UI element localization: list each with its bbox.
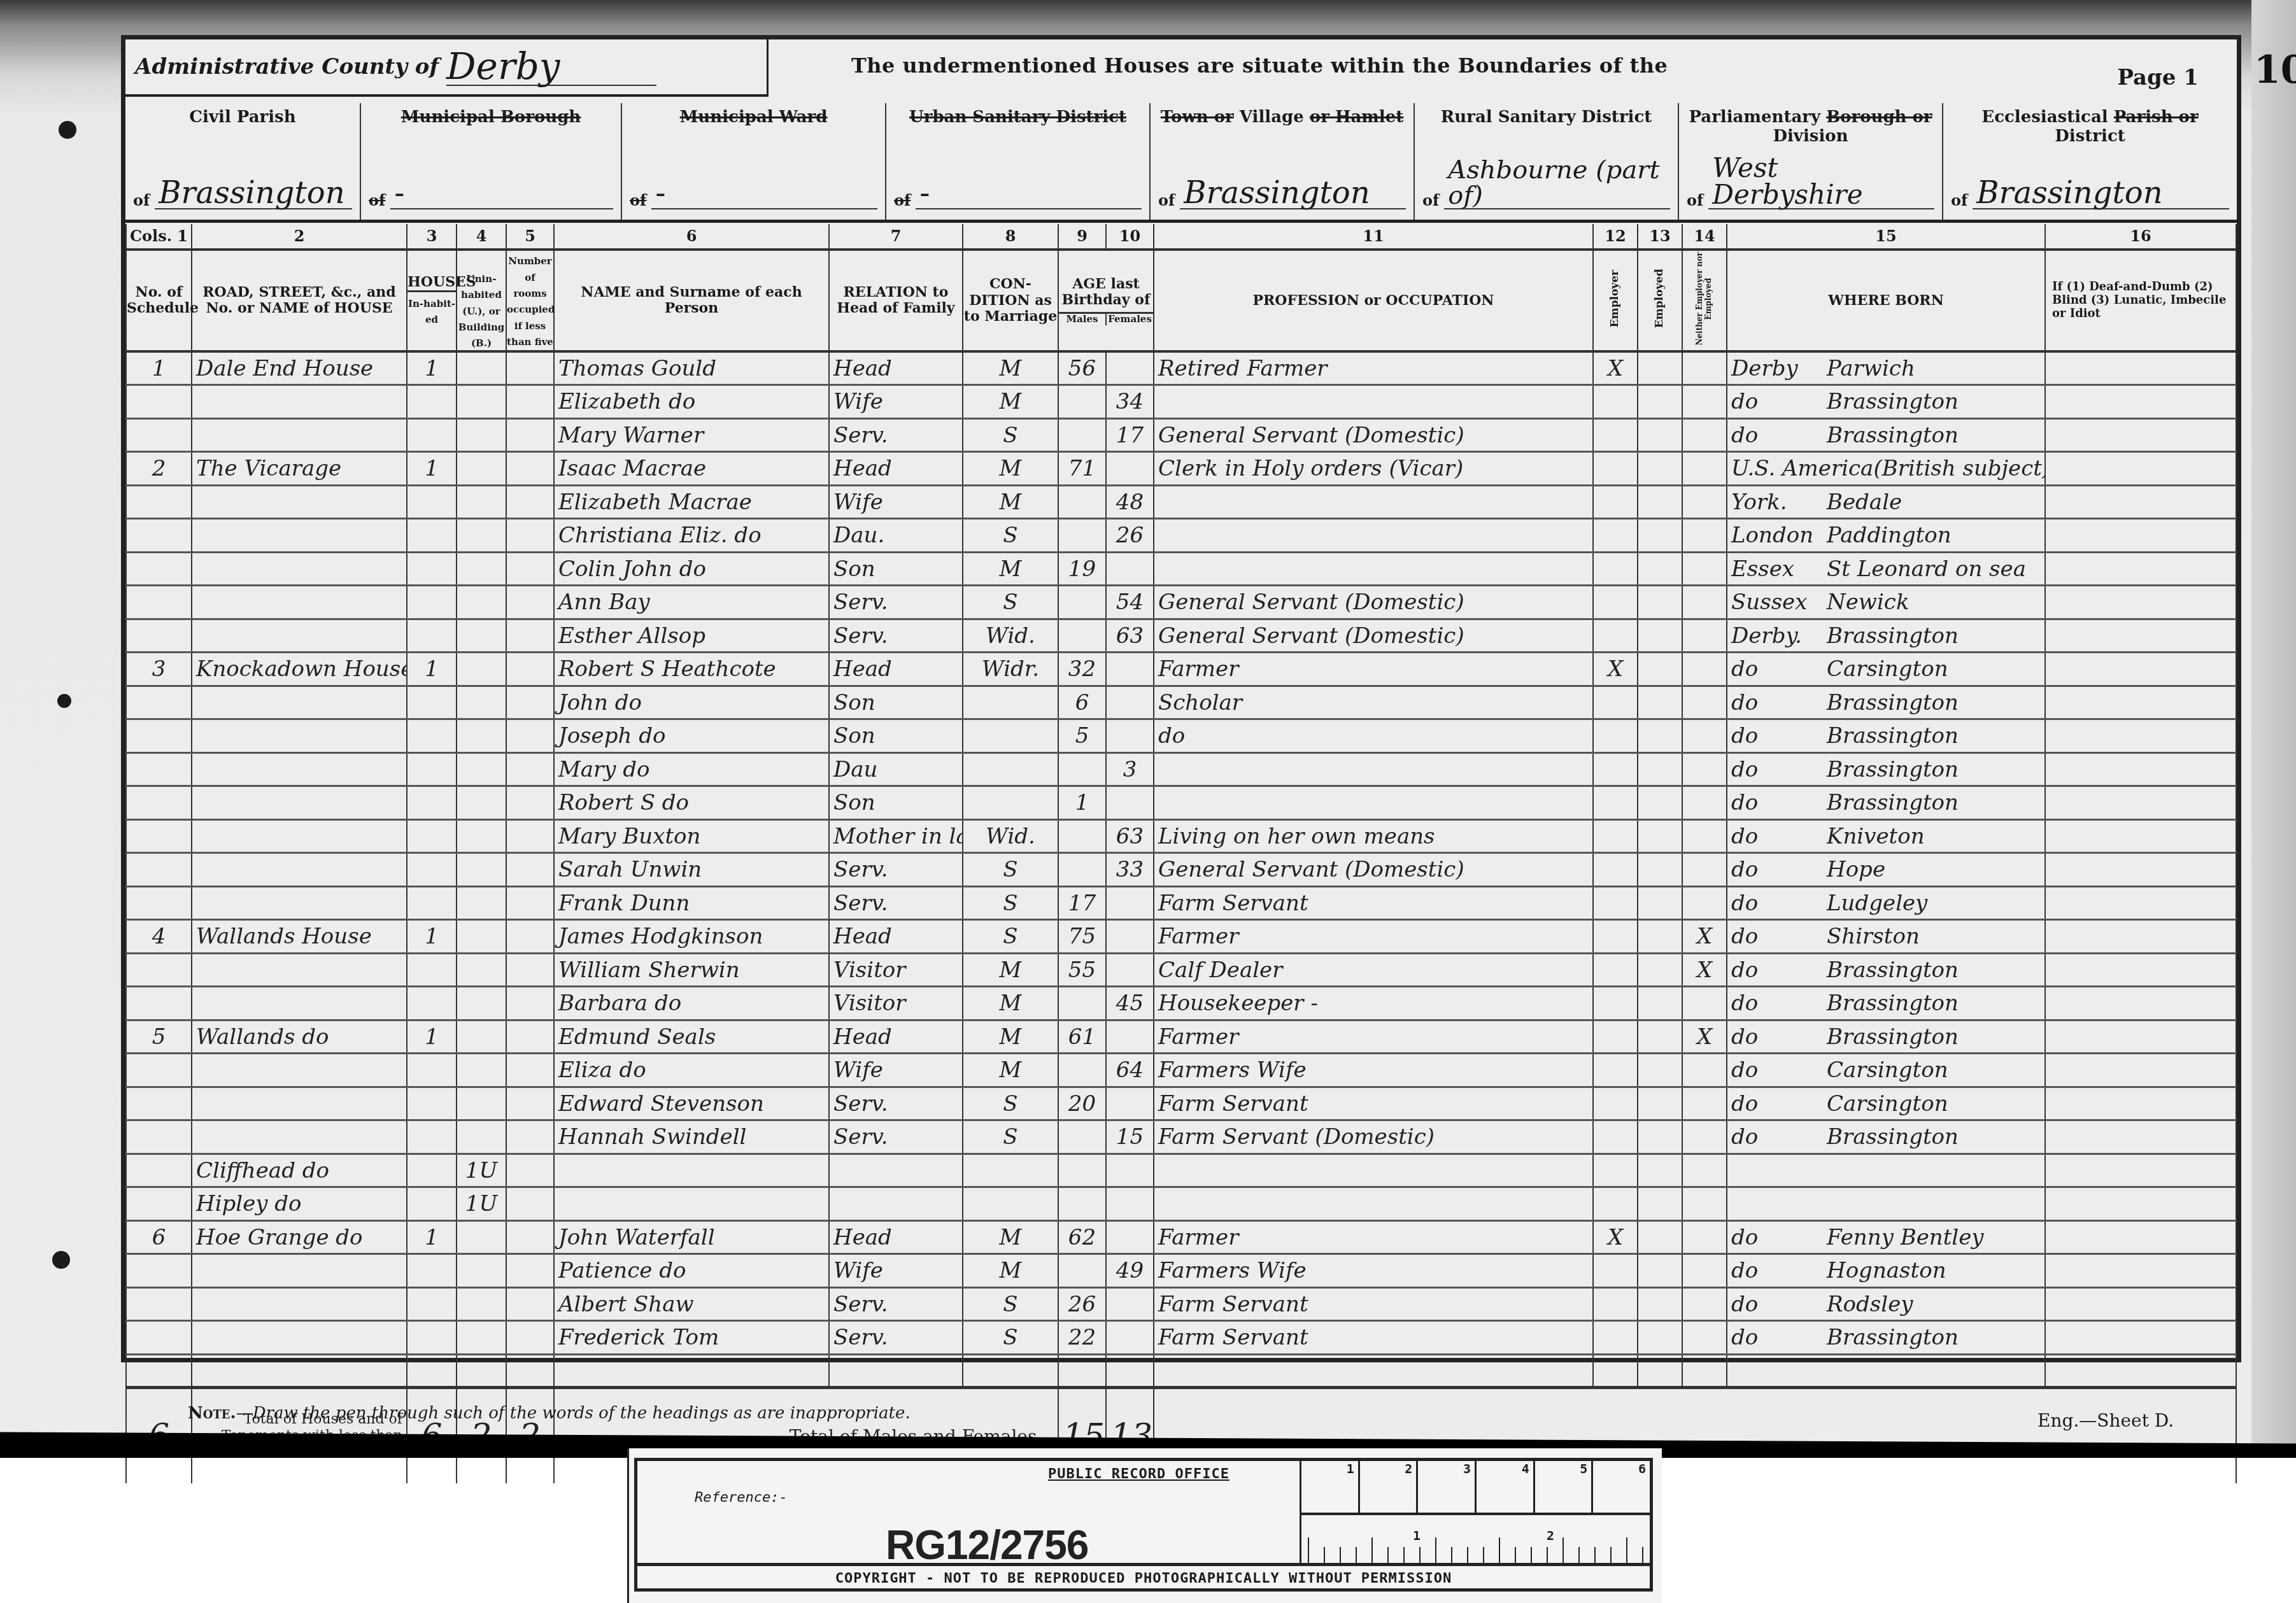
relation [829,1154,963,1187]
male-age: 6 [1058,686,1106,719]
table-row: William SherwinVisitorM55Calf DealerXdoB… [126,953,2236,987]
employed-mark [1638,485,1682,519]
male-age: 56 [1058,351,1106,385]
employed-mark [1638,519,1682,553]
reference-card: PUBLIC RECORD OFFICE Reference:- RG12/27… [627,1448,1662,1603]
condition: M [963,1220,1058,1254]
inhabited-count: 1 [407,920,457,954]
where-born: doBrassington [1727,786,2045,820]
employed-mark [1638,920,1682,954]
header-name: NAME and Surname of each Person [554,250,829,351]
rooms-count [506,485,554,519]
infirmity [2045,653,2236,686]
female-age [1106,1321,1154,1355]
uninhabited-count [457,853,506,887]
rooms-count [506,1254,554,1288]
inhabited-count [407,886,457,920]
infirmity [2045,786,2236,820]
occupation: Farm Servant [1154,886,1593,920]
employed-mark [1638,653,1682,686]
neither-mark [1682,1054,1727,1087]
binding-hole-icon [57,694,71,708]
neither-mark [1682,1287,1727,1321]
person-name: Mary Buxton [554,819,829,853]
employed-mark [1638,819,1682,853]
person-name: John Waterfall [554,1220,829,1254]
rooms-count [506,1187,554,1221]
occupation: Farmers Wife [1154,1054,1593,1087]
employer-mark [1593,385,1638,419]
male-age: 71 [1058,452,1106,486]
uninhabited-count [457,953,506,987]
rooms-count [506,1087,554,1120]
relation: Visitor [829,987,963,1020]
infirmity [2045,452,2236,486]
schedule-number [126,1120,192,1154]
infirmity [2045,1254,2236,1288]
county-value: Derby [446,48,656,86]
employer-mark [1593,552,1638,586]
neither-mark [1682,1120,1727,1154]
district-value: Brassington [155,178,352,209]
inhabited-count [407,987,457,1020]
employed-mark [1638,351,1682,385]
inhabited-count [407,619,457,653]
page-edge [2251,0,2296,1448]
house-name [192,686,407,719]
employer-mark [1593,586,1638,619]
employed-mark [1638,552,1682,586]
employed-mark [1638,1187,1682,1221]
female-age: 45 [1106,987,1154,1020]
female-age: 17 [1106,418,1154,452]
relation: Serv. [829,586,963,619]
rooms-count [506,586,554,619]
rooms-count [506,619,554,653]
condition [963,1187,1058,1221]
inhabited-count [407,686,457,719]
schedule-number [126,1254,192,1288]
employer-mark [1593,1054,1638,1087]
employed-mark [1638,786,1682,820]
person-name: James Hodgkinson [554,920,829,954]
condition: M [963,953,1058,987]
table-row: 6Hoe Grange do1John WaterfallHeadM62Farm… [126,1220,2236,1254]
house-name [192,819,407,853]
occupation: Retired Farmer [1154,351,1593,385]
where-born: DerbyParwich [1727,351,2045,385]
occupation: Farmer [1154,1220,1593,1254]
employer-mark [1593,619,1638,653]
employed-mark [1638,686,1682,719]
condition: M [963,452,1058,486]
header-rooms: Number of rooms occupied if less than fi… [506,250,554,351]
person-name: Christiana Eliz. do [554,519,829,553]
male-age [1058,1120,1106,1154]
neither-mark [1682,752,1727,786]
inhabited-count [407,1254,457,1288]
neither-mark [1682,418,1727,452]
table-row: Elizabeth doWifeM34doBrassington [126,385,2236,419]
house-name [192,1321,407,1355]
house-name [192,418,407,452]
neither-mark [1682,886,1727,920]
male-age [1058,1154,1106,1187]
employed-mark [1638,385,1682,419]
table-row: Frederick TomServ.S22Farm ServantdoBrass… [126,1321,2236,1355]
condition [963,786,1058,820]
rooms-count [506,686,554,719]
schedule-number [126,819,192,853]
employer-mark [1593,819,1638,853]
intro-text: The undermentioned Houses are situate wi… [851,53,1668,78]
header-road: ROAD, STREET, &c., and No. or NAME of HO… [192,250,407,351]
table-row: Frank DunnServ.S17Farm ServantdoLudgeley [126,886,2236,920]
employer-mark: X [1593,653,1638,686]
district-value: Brassington [1180,178,1406,209]
employer-mark [1593,686,1638,719]
where-born: doLudgeley [1727,886,2045,920]
employer-mark: X [1593,1220,1638,1254]
header-neither: Neither Employer nor Employed [1682,250,1727,351]
table-row: Hannah SwindellServ.S15Farm Servant (Dom… [126,1120,2236,1154]
inhabited-count [407,1187,457,1221]
female-age: 33 [1106,853,1154,887]
occupation: Farmer [1154,1020,1593,1054]
male-age: 22 [1058,1321,1106,1355]
where-born: doBrassington [1727,987,2045,1020]
district-value: Brassington [1973,178,2229,209]
house-name [192,1120,407,1154]
rooms-count [506,853,554,887]
infirmity [2045,519,2236,553]
occupation [1154,485,1593,519]
table-row: Robert S doSon1doBrassington [126,786,2236,820]
where-born: doKniveton [1727,819,2045,853]
relation: Serv. [829,853,963,887]
house-name [192,485,407,519]
table-row: Barbara doVisitorM45Housekeeper -doBrass… [126,987,2236,1020]
table-row: Hipley do1U [126,1187,2236,1221]
relation: Serv. [829,886,963,920]
house-name [192,1087,407,1120]
uninhabited-count [457,786,506,820]
table-row: Mary WarnerServ.S17General Servant (Dome… [126,418,2236,452]
female-age [1106,920,1154,954]
female-age [1106,351,1154,385]
relation: Son [829,686,963,719]
rooms-count [506,418,554,452]
table-row: Edward StevensonServ.S20Farm ServantdoCa… [126,1087,2236,1120]
rooms-count [506,1287,554,1321]
relation: Head [829,653,963,686]
uninhabited-count [457,987,506,1020]
employer-mark [1593,418,1638,452]
relation: Serv. [829,1087,963,1120]
employer-mark [1593,953,1638,987]
where-born: doBrassington [1727,1020,2045,1054]
table-row: Christiana Eliz. doDau.S26LondonPaddingt… [126,519,2236,553]
person-name [554,1154,829,1187]
uninhabited-count [457,619,506,653]
occupation: Living on her own means [1154,819,1593,853]
condition: S [963,1321,1058,1355]
person-name [554,1187,829,1221]
person-name: Robert S Heathcote [554,653,829,686]
schedule-number [126,853,192,887]
condition: Widr. [963,653,1058,686]
condition: M [963,385,1058,419]
uninhabited-count [457,686,506,719]
condition: S [963,586,1058,619]
neither-mark [1682,1154,1727,1187]
neither-mark [1682,385,1727,419]
condition: M [963,485,1058,519]
inhabited-count [407,953,457,987]
male-age: 55 [1058,953,1106,987]
employed-mark [1638,953,1682,987]
female-age: 54 [1106,586,1154,619]
employer-mark [1593,1187,1638,1221]
condition: M [963,987,1058,1020]
rooms-count [506,385,554,419]
employer-mark [1593,987,1638,1020]
house-name [192,1054,407,1087]
employer-mark [1593,1154,1638,1187]
employer-mark [1593,1254,1638,1288]
where-born [1727,1187,2045,1221]
where-born: doShirston [1727,920,2045,954]
condition [963,752,1058,786]
uninhabited-count [457,1254,506,1288]
schedule-number [126,418,192,452]
relation: Son [829,552,963,586]
house-name [192,786,407,820]
rooms-count [506,886,554,920]
rooms-count [506,752,554,786]
employed-mark [1638,987,1682,1020]
header-age: AGE last Birthday ofMalesFemales [1058,250,1154,351]
person-name: Sarah Unwin [554,853,829,887]
employer-mark [1593,1120,1638,1154]
infirmity [2045,819,2236,853]
condition: S [963,519,1058,553]
uninhabited-count [457,418,506,452]
rooms-count [506,920,554,954]
uninhabited-count [457,519,506,553]
where-born: SussexNewick [1727,586,2045,619]
house-name [192,719,407,753]
employed-mark [1638,586,1682,619]
uninhabited-count [457,1120,506,1154]
schedule-number: 2 [126,452,192,486]
infirmity [2045,920,2236,954]
inhabited-count [407,586,457,619]
employer-mark [1593,719,1638,753]
person-name: Barbara do [554,987,829,1020]
district-header: Civil Parish ofBrassington Municipal Bor… [125,103,2237,223]
condition: S [963,920,1058,954]
inhabited-count [407,1120,457,1154]
district-municipal-ward: Municipal Ward of- [622,103,886,220]
rooms-count [506,452,554,486]
neither-mark [1682,619,1727,653]
female-age: 49 [1106,1254,1154,1288]
table-row: Mary doDau3doBrassington [126,752,2236,786]
infirmity [2045,552,2236,586]
house-name [192,519,407,553]
relation: Head [829,1220,963,1254]
male-age [1058,519,1106,553]
male-age: 17 [1058,886,1106,920]
female-age [1106,452,1154,486]
female-age: 15 [1106,1120,1154,1154]
header-inhabited: HOUSESIn-habit-ed [407,250,457,351]
employed-mark [1638,719,1682,753]
neither-mark [1682,1087,1727,1120]
neither-mark [1682,485,1727,519]
uninhabited-count [457,920,506,954]
rooms-count [506,1020,554,1054]
condition: S [963,1087,1058,1120]
occupation: Farm Servant (Domestic) [1154,1120,1593,1154]
uninhabited-count [457,586,506,619]
district-civil-parish: Civil Parish ofBrassington [125,103,361,220]
employer-mark: X [1593,351,1638,385]
infirmity [2045,686,2236,719]
condition: Wid. [963,619,1058,653]
schedule-number [126,1321,192,1355]
employer-mark [1593,853,1638,887]
relation [829,1187,963,1221]
female-age: 34 [1106,385,1154,419]
inhabited-count: 1 [407,351,457,385]
condition: S [963,1120,1058,1154]
employed-mark [1638,1087,1682,1120]
where-born: doCarsington [1727,653,2045,686]
schedule-number [126,686,192,719]
condition: M [963,1254,1058,1288]
person-name: Edmund Seals [554,1020,829,1054]
rooms-count [506,953,554,987]
uninhabited-count [457,719,506,753]
female-age [1106,1220,1154,1254]
condition: Wid. [963,819,1058,853]
binding-hole-icon [59,121,76,139]
table-row: Cliffhead do1U [126,1154,2236,1187]
table-row: Eliza doWifeM64Farmers WifedoCarsington [126,1054,2236,1087]
house-name [192,619,407,653]
binding-hole-icon [52,1251,70,1269]
uninhabited-count [457,552,506,586]
infirmity [2045,1154,2236,1187]
male-age [1058,1054,1106,1087]
infirmity [2045,1321,2236,1355]
inhabited-count [407,719,457,753]
person-name: Esther Allsop [554,619,829,653]
header-occupation: PROFESSION or OCCUPATION [1154,250,1593,351]
employed-mark [1638,1154,1682,1187]
infirmity [2045,385,2236,419]
female-age [1106,786,1154,820]
relation: Wife [829,1054,963,1087]
rooms-count [506,351,554,385]
house-name [192,552,407,586]
male-age [1058,987,1106,1020]
house-name: Hipley do [192,1187,407,1221]
inhabited-count [407,819,457,853]
employed-mark [1638,1287,1682,1321]
relation: Wife [829,1254,963,1288]
district-value: West Derbyshire [1708,155,1934,209]
where-born: doHope [1727,853,2045,887]
rooms-count [506,819,554,853]
schedule-number [126,586,192,619]
male-age [1058,418,1106,452]
employed-mark [1638,752,1682,786]
condition [963,686,1058,719]
female-age [1106,686,1154,719]
district-municipal-borough: Municipal Borough of- [361,103,622,220]
employer-mark [1593,786,1638,820]
schedule-number: 5 [126,1020,192,1054]
header-condition: CON-DITION as to Marriage [963,250,1058,351]
occupation [1154,519,1593,553]
schedule-number [126,519,192,553]
table-row: Mary BuxtonMother in lawWid.63Living on … [126,819,2236,853]
person-name: Thomas Gould [554,351,829,385]
county-label: Administrative County of [135,54,439,80]
female-age: 64 [1106,1054,1154,1087]
schedule-number [126,485,192,519]
infirmity [2045,953,2236,987]
uninhabited-count: 1U [457,1154,506,1187]
schedule-number [126,1187,192,1221]
person-name: Patience do [554,1254,829,1288]
rooms-count [506,1120,554,1154]
employer-mark [1593,1321,1638,1355]
condition [963,1154,1058,1187]
table-row: 2The Vicarage1Isaac MacraeHeadM71Clerk i… [126,452,2236,486]
relation: Serv. [829,1120,963,1154]
infirmity [2045,1120,2236,1154]
neither-mark [1682,987,1727,1020]
rooms-count [506,786,554,820]
where-born: EssexSt Leonard on sea [1727,552,2045,586]
person-name: Frank Dunn [554,886,829,920]
relation: Serv. [829,418,963,452]
female-age [1106,719,1154,753]
occupation: Farmers Wife [1154,1254,1593,1288]
person-name: Mary Warner [554,418,829,452]
female-age [1106,953,1154,987]
neither-mark [1682,586,1727,619]
rooms-count [506,1321,554,1355]
relation: Serv. [829,1287,963,1321]
neither-mark [1682,786,1727,820]
rooms-count [506,552,554,586]
relation: Head [829,452,963,486]
where-born: doCarsington [1727,1054,2045,1087]
employer-mark [1593,752,1638,786]
header-employed: Employed [1638,250,1682,351]
where-born: doBrassington [1727,1321,2045,1355]
schedule-number: 1 [126,351,192,385]
uninhabited-count [457,452,506,486]
infirmity [2045,752,2236,786]
male-age: 62 [1058,1220,1106,1254]
female-age [1106,1154,1154,1187]
